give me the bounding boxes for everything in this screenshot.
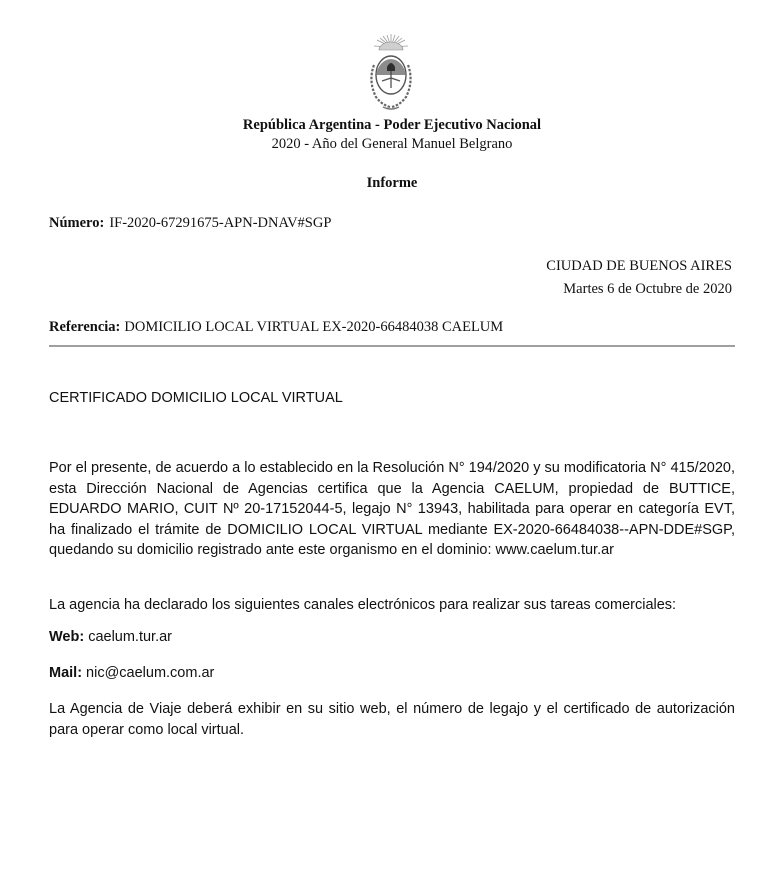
web-label: Web: [49,629,84,645]
date: Martes 6 de Octubre de 2020 [563,281,732,298]
document-number: Número:IF-2020-67291675-APN-DNAV#SGP [49,215,331,232]
paragraph-certification: Por el presente, de acuerdo a lo estable… [49,458,735,561]
mail-label: Mail: [49,665,82,681]
header-title: República Argentina - Poder Ejecutivo Na… [0,117,774,134]
referencia-label: Referencia: [49,319,120,335]
mail-channel: Mail:nic@caelum.com.ar [49,665,214,681]
numero-value: IF-2020-67291675-APN-DNAV#SGP [109,215,331,231]
argentina-coat-of-arms-icon [365,33,417,113]
place: CIUDAD DE BUENOS AIRES [546,258,732,275]
paragraph-obligation: La Agencia de Viaje deberá exhibir en su… [49,699,735,740]
web-value: caelum.tur.ar [88,629,172,645]
numero-label: Número: [49,215,104,231]
referencia-value: DOMICILIO LOCAL VIRTUAL EX-2020-66484038… [124,319,503,335]
certificate-title: CERTIFICADO DOMICILIO LOCAL VIRTUAL [49,390,343,406]
mail-value: nic@caelum.com.ar [86,665,214,681]
separator-rule [49,345,735,347]
paragraph-channels: La agencia ha declarado los siguientes c… [49,595,735,616]
reference: Referencia:DOMICILIO LOCAL VIRTUAL EX-20… [49,319,503,336]
document-type: Informe [0,175,774,192]
header-subtitle: 2020 - Año del General Manuel Belgrano [0,136,774,153]
web-channel: Web:caelum.tur.ar [49,629,172,645]
